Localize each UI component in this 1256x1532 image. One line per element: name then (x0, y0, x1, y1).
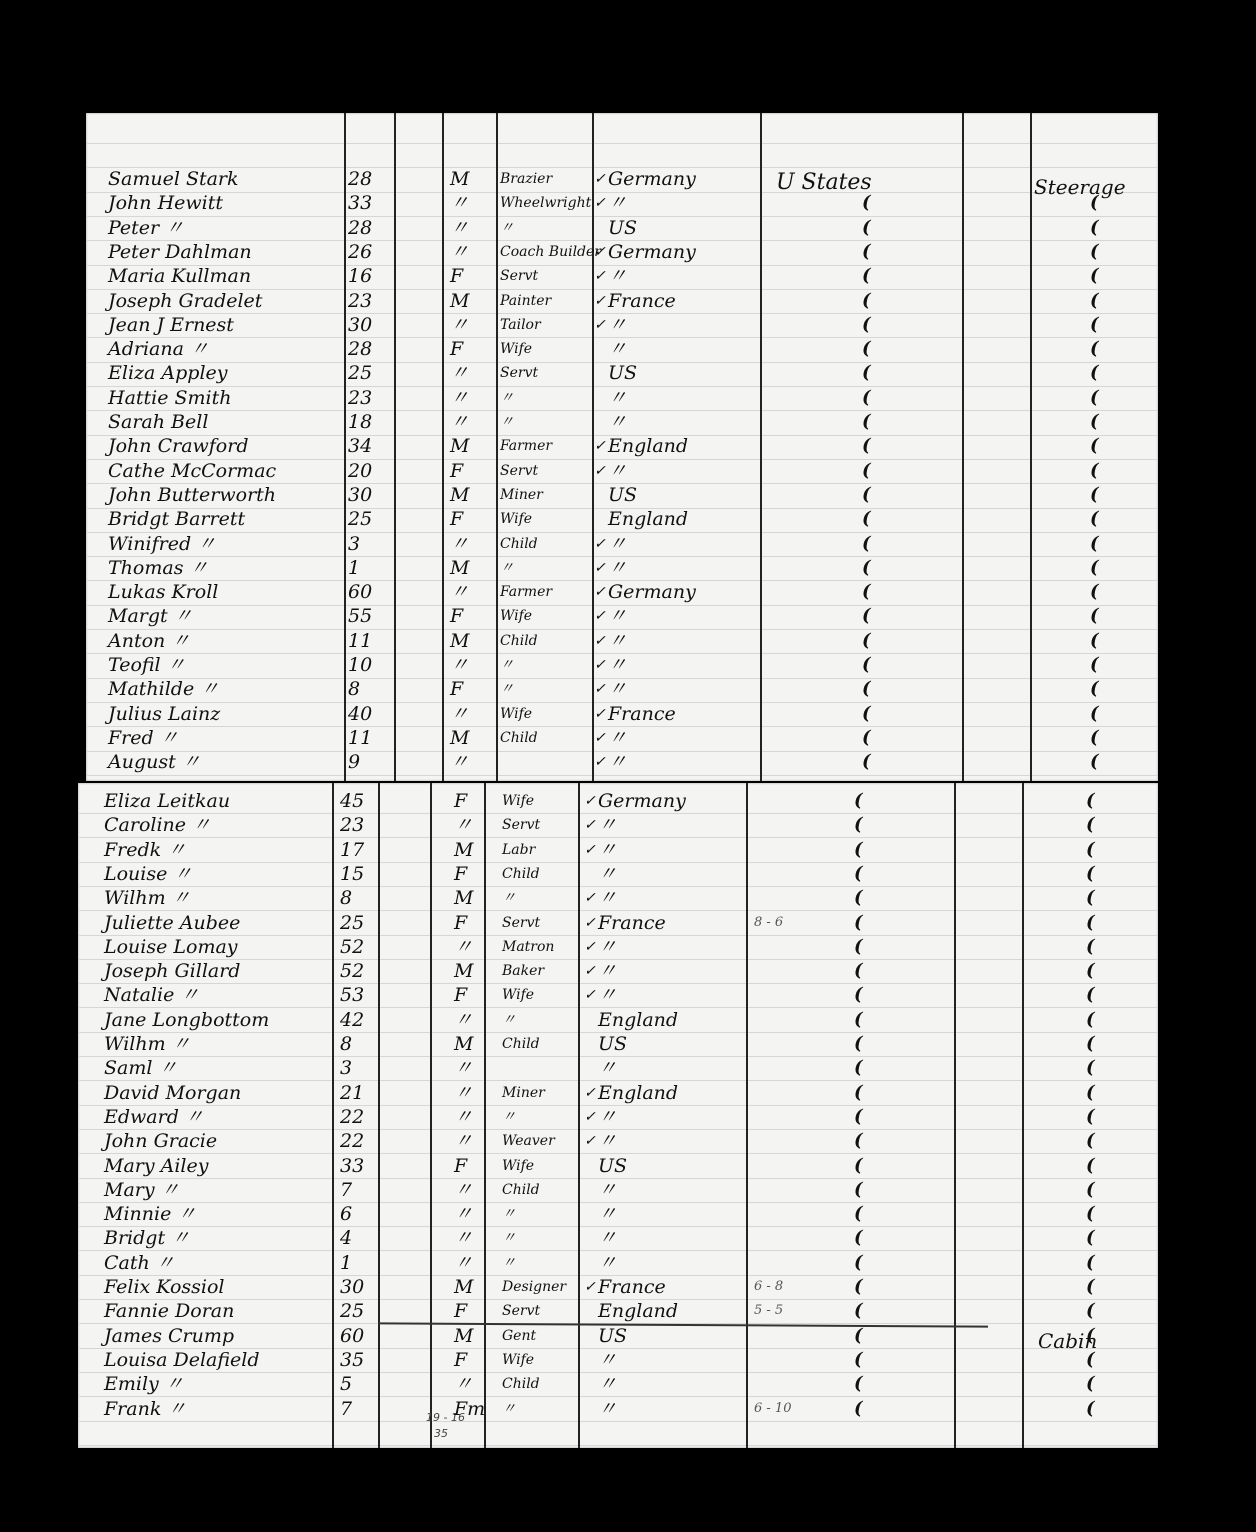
passenger-row: Minnie 〃6〃〃〃(( (78, 1202, 1158, 1226)
passenger-name: Edward 〃 (104, 1105, 204, 1129)
passenger-row: Mary Ailey33FWifeUS(( (78, 1154, 1158, 1178)
ditto-mark: ( (862, 677, 871, 701)
ditto-mark: ( (1090, 410, 1099, 434)
ditto-mark: ( (1090, 434, 1099, 458)
passenger-age: 5 (340, 1372, 352, 1396)
passenger-name: Fannie Doran (104, 1299, 234, 1323)
ditto-mark: ( (862, 337, 871, 361)
check-mark: ✓ (594, 532, 606, 556)
passenger-country: 〃 (598, 1105, 617, 1129)
passenger-name: Louise 〃 (104, 862, 192, 886)
passenger-country: 〃 (608, 386, 627, 410)
passenger-occupation: Wife (502, 1348, 534, 1372)
ditto-mark: ( (862, 386, 871, 410)
ditto-mark: ( (1090, 240, 1099, 264)
passenger-country: 〃 (608, 677, 627, 701)
tally-note: 35 (434, 1427, 448, 1440)
ditto-mark: ( (854, 1251, 863, 1275)
passenger-name: Thomas 〃 (108, 556, 208, 580)
ditto-mark: ( (862, 289, 871, 313)
passenger-country: 〃 (598, 813, 617, 837)
ditto-mark: ( (1090, 507, 1099, 531)
ruled-line (78, 1421, 1158, 1422)
passenger-age: 53 (340, 983, 364, 1007)
passenger-name: Margt 〃 (108, 604, 193, 628)
passenger-occupation: Wife (502, 789, 534, 813)
check-mark: ✓ (594, 289, 606, 313)
passenger-row: David Morgan21〃Miner✓England(( (78, 1081, 1158, 1105)
passenger-country: 〃 (598, 1178, 617, 1202)
ditto-mark: ( (1086, 1032, 1095, 1056)
passenger-age: 1 (340, 1251, 352, 1275)
passenger-age: 23 (348, 289, 372, 313)
check-mark: ✓ (594, 750, 606, 774)
passenger-sex: 〃 (450, 361, 469, 385)
ditto-mark: ( (1086, 838, 1095, 862)
passenger-name: John Gracie (104, 1129, 217, 1153)
ditto-mark: ( (1086, 1105, 1095, 1129)
passenger-sex: 〃 (454, 1129, 473, 1153)
passenger-name: Sarah Bell (108, 410, 208, 434)
check-mark: ✓ (594, 240, 606, 264)
passenger-age: 15 (340, 862, 364, 886)
passenger-country: 〃 (598, 1226, 617, 1250)
check-mark: ✓ (594, 191, 606, 215)
passenger-sex: M (454, 959, 473, 983)
passenger-row: Cathe McCormac20FServt✓〃(( (86, 459, 1158, 483)
passenger-row: Jean J Ernest30〃Tailor✓〃(( (86, 313, 1158, 337)
passenger-name: Bridgt Barrett (108, 507, 245, 531)
passenger-name: Wilhm 〃 (104, 886, 191, 910)
passenger-row: August 〃9〃✓〃(( (86, 750, 1158, 774)
ditto-mark: ( (1086, 886, 1095, 910)
ditto-mark: ( (1090, 702, 1099, 726)
passenger-occupation: 〃 (500, 216, 514, 240)
passenger-sex: 〃 (454, 1056, 473, 1080)
passenger-name: Saml 〃 (104, 1056, 177, 1080)
check-mark: ✓ (584, 813, 596, 837)
passenger-name: Caroline 〃 (104, 813, 211, 837)
passenger-row: Peter Dahlman26〃Coach Builder✓Germany(( (86, 240, 1158, 264)
passenger-country: 〃 (598, 1129, 617, 1153)
passenger-row: Adriana 〃28FWife〃(( (86, 337, 1158, 361)
ditto-mark: ( (862, 410, 871, 434)
passenger-row: James Crump60MGentUS(( (78, 1324, 1158, 1348)
passenger-sex: M (454, 1324, 473, 1348)
check-mark: ✓ (584, 1129, 596, 1153)
ditto-mark: ( (1086, 959, 1095, 983)
passenger-row: Louise 〃15FChild〃(( (78, 862, 1158, 886)
passenger-age: 26 (348, 240, 372, 264)
passenger-occupation: Matron (502, 935, 554, 959)
passenger-name: Fredk 〃 (104, 838, 186, 862)
passenger-country: England (598, 1081, 678, 1105)
passenger-row: Margt 〃55FWife✓〃(( (86, 604, 1158, 628)
passenger-country: 〃 (608, 410, 627, 434)
passenger-row: Bridgt Barrett25FWifeEngland(( (86, 507, 1158, 531)
passenger-occupation: Child (500, 726, 538, 750)
ruled-line (86, 775, 1158, 776)
passenger-age: 16 (348, 264, 372, 288)
ditto-mark: ( (1086, 1129, 1095, 1153)
ditto-mark: ( (1090, 483, 1099, 507)
passenger-age: 25 (348, 361, 372, 385)
passenger-occupation: Child (500, 629, 538, 653)
check-mark: ✓ (594, 580, 606, 604)
passenger-row: Lukas Kroll60〃Farmer✓Germany(( (86, 580, 1158, 604)
passenger-country: 〃 (608, 604, 627, 628)
passenger-country: US (608, 216, 637, 240)
passenger-occupation: Child (502, 1032, 540, 1056)
passenger-sex: F (454, 983, 467, 1007)
passenger-row: Fredk 〃17MLabr✓〃(( (78, 838, 1158, 862)
passenger-name: Louise Lomay (104, 935, 238, 959)
passenger-country: US (598, 1324, 627, 1348)
ditto-mark: ( (1086, 789, 1095, 813)
ditto-mark: ( (862, 216, 871, 240)
check-mark: ✓ (594, 313, 606, 337)
passenger-name: Louisa Delafield (104, 1348, 260, 1372)
passenger-row: John Gracie22〃Weaver✓〃(( (78, 1129, 1158, 1153)
passenger-country: England (598, 1008, 678, 1032)
passenger-sex: 〃 (454, 1081, 473, 1105)
passenger-sex: F (450, 604, 463, 628)
passenger-occupation: Servt (502, 1299, 540, 1323)
passenger-age: 22 (340, 1105, 364, 1129)
passenger-name: August 〃 (108, 750, 201, 774)
passenger-name: James Crump (104, 1324, 234, 1348)
passenger-age: 25 (340, 1299, 364, 1323)
passenger-age: 8 (340, 886, 352, 910)
passenger-country: England (598, 1299, 678, 1323)
ditto-mark: ( (862, 507, 871, 531)
check-mark: ✓ (594, 434, 606, 458)
passenger-age: 10 (348, 653, 372, 677)
passenger-country: Germany (608, 167, 696, 191)
ditto-mark: ( (1086, 1081, 1095, 1105)
ditto-mark: ( (862, 726, 871, 750)
passenger-age: 33 (340, 1154, 364, 1178)
passenger-occupation: Servt (500, 361, 538, 385)
ditto-mark: ( (1090, 386, 1099, 410)
ditto-mark: ( (862, 532, 871, 556)
ruled-line (86, 143, 1158, 144)
passenger-name: John Butterworth (108, 483, 276, 507)
passenger-sex: 〃 (450, 653, 469, 677)
passenger-occupation: Wife (502, 1154, 534, 1178)
passenger-name: Lukas Kroll (108, 580, 218, 604)
passenger-country: 〃 (598, 838, 617, 862)
passenger-sex: F (454, 911, 467, 935)
passenger-occupation: 〃 (502, 1251, 516, 1275)
passenger-occupation: 〃 (502, 1397, 516, 1421)
ditto-mark: ( (862, 556, 871, 580)
passenger-sex: 〃 (454, 1202, 473, 1226)
ditto-mark: ( (854, 935, 863, 959)
passenger-age: 11 (348, 629, 372, 653)
passenger-name: Emily 〃 (104, 1372, 184, 1396)
passenger-sex: 〃 (450, 313, 469, 337)
passenger-occupation: Servt (500, 264, 538, 288)
ditto-mark: ( (1086, 1226, 1095, 1250)
ditto-mark: ( (1090, 337, 1099, 361)
check-mark: ✓ (594, 677, 606, 701)
ditto-mark: ( (1090, 653, 1099, 677)
passenger-sex: M (450, 289, 469, 313)
passenger-country: 〃 (598, 1251, 617, 1275)
passenger-sex: 〃 (450, 410, 469, 434)
ditto-mark: ( (854, 1348, 863, 1372)
passenger-row: Cath 〃1〃〃〃(( (78, 1251, 1158, 1275)
passenger-country: France (608, 289, 676, 313)
passenger-age: 55 (348, 604, 372, 628)
measurement-note: 8 - 6 (754, 911, 783, 935)
passenger-occupation: 〃 (500, 556, 514, 580)
passenger-sex: F (454, 1299, 467, 1323)
passenger-occupation: Child (502, 862, 540, 886)
passenger-country: US (598, 1154, 627, 1178)
ditto-mark: ( (1086, 1397, 1095, 1421)
passenger-sex: M (454, 886, 473, 910)
passenger-sex: 〃 (454, 1372, 473, 1396)
check-mark: ✓ (594, 629, 606, 653)
passenger-country: Germany (608, 580, 696, 604)
ditto-mark: ( (1090, 264, 1099, 288)
passenger-sex: M (454, 1032, 473, 1056)
passenger-age: 9 (348, 750, 360, 774)
passenger-occupation: 〃 (500, 677, 514, 701)
passenger-sex: 〃 (454, 1251, 473, 1275)
passenger-sex: 〃 (450, 750, 469, 774)
passenger-age: 28 (348, 216, 372, 240)
ditto-mark: ( (854, 1202, 863, 1226)
ditto-mark: ( (1086, 1348, 1095, 1372)
passenger-country: 〃 (598, 1056, 617, 1080)
ditto-mark: ( (1086, 911, 1095, 935)
passenger-occupation: Weaver (502, 1129, 555, 1153)
passenger-country: 〃 (598, 983, 617, 1007)
passenger-row: Anton 〃11MChild✓〃(( (86, 629, 1158, 653)
ditto-mark: ( (854, 1299, 863, 1323)
ditto-mark: ( (1090, 580, 1099, 604)
passenger-age: 60 (340, 1324, 364, 1348)
passenger-occupation: 〃 (502, 1105, 516, 1129)
ditto-mark: ( (862, 604, 871, 628)
ditto-mark: ( (854, 1056, 863, 1080)
measurement-note: 5 - 5 (754, 1299, 783, 1323)
passenger-occupation: 〃 (502, 1202, 516, 1226)
passenger-country: 〃 (598, 935, 617, 959)
passenger-age: 52 (340, 959, 364, 983)
passenger-occupation: Designer (502, 1275, 566, 1299)
check-mark: ✓ (594, 653, 606, 677)
ditto-mark: ( (1090, 604, 1099, 628)
passenger-name: Maria Kullman (108, 264, 251, 288)
passenger-age: 7 (340, 1397, 352, 1421)
passenger-row: Teofil 〃10〃〃✓〃(( (86, 653, 1158, 677)
ditto-mark: ( (862, 459, 871, 483)
passenger-name: Cath 〃 (104, 1251, 175, 1275)
ditto-mark: ( (1090, 289, 1099, 313)
passenger-row: Jane Longbottom42〃〃England(( (78, 1008, 1158, 1032)
passenger-sex: M (450, 629, 469, 653)
passenger-row: Winifred 〃3〃Child✓〃(( (86, 532, 1158, 556)
check-mark: ✓ (584, 983, 596, 1007)
passenger-country: 〃 (608, 556, 627, 580)
passenger-name: Jean J Ernest (108, 313, 234, 337)
passenger-sex: F (450, 677, 463, 701)
passenger-sex: F (450, 264, 463, 288)
passenger-country: 〃 (598, 959, 617, 983)
ruled-line (78, 1445, 1158, 1446)
ditto-mark: ( (854, 1324, 863, 1348)
passenger-occupation: Wheelwright (500, 191, 591, 215)
ditto-mark: ( (1090, 677, 1099, 701)
passenger-row: Saml 〃3〃〃(( (78, 1056, 1158, 1080)
passenger-sex: 〃 (454, 1008, 473, 1032)
passenger-occupation: 〃 (502, 886, 516, 910)
passenger-name: Eliza Appley (108, 361, 228, 385)
passenger-country: Germany (608, 240, 696, 264)
passenger-country: 〃 (608, 191, 627, 215)
passenger-row: Edward 〃22〃〃✓〃(( (78, 1105, 1158, 1129)
ditto-mark: ( (1086, 862, 1095, 886)
ditto-mark: ( (854, 813, 863, 837)
passenger-row: Samuel Stark28MBrazier✓Germany (86, 167, 1158, 191)
passenger-name: Mary Ailey (104, 1154, 209, 1178)
passenger-age: 23 (348, 386, 372, 410)
passenger-country: 〃 (608, 629, 627, 653)
passenger-name: Eliza Leitkau (104, 789, 230, 813)
passenger-sex: 〃 (450, 532, 469, 556)
check-mark: ✓ (594, 726, 606, 750)
passenger-age: 4 (340, 1226, 352, 1250)
passenger-row: Joseph Gillard52MBaker✓〃(( (78, 959, 1158, 983)
ditto-mark: ( (1086, 935, 1095, 959)
passenger-age: 22 (340, 1129, 364, 1153)
ditto-mark: ( (1086, 1275, 1095, 1299)
passenger-row: Bridgt 〃4〃〃〃(( (78, 1226, 1158, 1250)
ditto-mark: ( (854, 1032, 863, 1056)
passenger-occupation: Gent (502, 1324, 536, 1348)
ditto-mark: ( (1086, 1299, 1095, 1323)
passenger-row: Eliza Leitkau45FWife✓Germany(( (78, 789, 1158, 813)
passenger-country: 〃 (598, 886, 617, 910)
passenger-row: John Butterworth30MMinerUS(( (86, 483, 1158, 507)
passenger-age: 11 (348, 726, 372, 750)
passenger-row: Mary 〃7〃Child〃(( (78, 1178, 1158, 1202)
passenger-country: 〃 (608, 726, 627, 750)
ditto-mark: ( (854, 862, 863, 886)
passenger-row: Maria Kullman16FServt✓〃(( (86, 264, 1158, 288)
passenger-occupation: Child (502, 1178, 540, 1202)
passenger-row: Hattie Smith23〃〃〃(( (86, 386, 1158, 410)
measurement-note: 6 - 8 (754, 1275, 783, 1299)
ditto-mark: ( (1090, 556, 1099, 580)
ditto-mark: ( (1090, 361, 1099, 385)
passenger-name: Joseph Gradelet (108, 289, 262, 313)
ditto-mark: ( (854, 959, 863, 983)
passenger-occupation: Child (502, 1372, 540, 1396)
passenger-age: 25 (340, 911, 364, 935)
ditto-mark: ( (862, 240, 871, 264)
passenger-name: John Hewitt (108, 191, 223, 215)
passenger-row: Joseph Gradelet23MPainter✓France(( (86, 289, 1158, 313)
check-mark: ✓ (594, 604, 606, 628)
ditto-mark: ( (854, 838, 863, 862)
passenger-country: US (608, 483, 637, 507)
passenger-age: 28 (348, 167, 372, 191)
passenger-sex: 〃 (450, 386, 469, 410)
passenger-name: Julius Lainz (108, 702, 220, 726)
ditto-mark: ( (1090, 726, 1099, 750)
check-mark: ✓ (584, 1105, 596, 1129)
ditto-mark: ( (854, 1372, 863, 1396)
passenger-occupation: Brazier (500, 167, 552, 191)
passenger-age: 25 (348, 507, 372, 531)
passenger-sex: Fm (454, 1397, 485, 1421)
passenger-age: 3 (348, 532, 360, 556)
ditto-mark: ( (1086, 1324, 1095, 1348)
passenger-age: 35 (340, 1348, 364, 1372)
ditto-mark: ( (862, 629, 871, 653)
passenger-sex: 〃 (454, 1105, 473, 1129)
passenger-name: Peter 〃 (108, 216, 184, 240)
passenger-row: Julius Lainz40〃Wife✓France(( (86, 702, 1158, 726)
passenger-sex: 〃 (450, 240, 469, 264)
passenger-age: 17 (340, 838, 364, 862)
passenger-occupation: 〃 (502, 1226, 516, 1250)
check-mark: ✓ (584, 935, 596, 959)
passenger-row: Felix Kossiol30MDesigner✓France6 - 8(( (78, 1275, 1158, 1299)
passenger-occupation: Servt (500, 459, 538, 483)
ditto-mark: ( (1086, 1008, 1095, 1032)
ditto-mark: ( (862, 750, 871, 774)
passenger-sex: 〃 (454, 1226, 473, 1250)
passenger-sex: F (454, 789, 467, 813)
passenger-age: 8 (340, 1032, 352, 1056)
ditto-mark: ( (862, 264, 871, 288)
passenger-occupation: 〃 (500, 386, 514, 410)
passenger-sex: M (454, 1275, 473, 1299)
passenger-age: 3 (340, 1056, 352, 1080)
ditto-mark: ( (854, 1397, 863, 1421)
ditto-mark: ( (854, 911, 863, 935)
passenger-age: 6 (340, 1202, 352, 1226)
passenger-age: 34 (348, 434, 372, 458)
ditto-mark: ( (854, 1081, 863, 1105)
passenger-country: 〃 (598, 1348, 617, 1372)
passenger-age: 8 (348, 677, 360, 701)
passenger-occupation: Miner (502, 1081, 545, 1105)
passenger-name: Samuel Stark (108, 167, 239, 191)
ditto-mark: ( (1090, 459, 1099, 483)
passenger-occupation: Labr (502, 838, 535, 862)
passenger-country: Germany (598, 789, 686, 813)
passenger-sex: F (454, 1348, 467, 1372)
ditto-mark: ( (1086, 1251, 1095, 1275)
passenger-name: Anton 〃 (108, 629, 190, 653)
passenger-country: England (608, 434, 688, 458)
ditto-mark: ( (854, 1178, 863, 1202)
manifest-page-top: U States Steerage Samuel Stark28MBrazier… (86, 113, 1158, 781)
passenger-occupation: 〃 (500, 653, 514, 677)
passenger-age: 30 (348, 483, 372, 507)
passenger-country: US (608, 361, 637, 385)
passenger-country: France (608, 702, 676, 726)
check-mark: ✓ (584, 789, 596, 813)
passenger-age: 33 (348, 191, 372, 215)
